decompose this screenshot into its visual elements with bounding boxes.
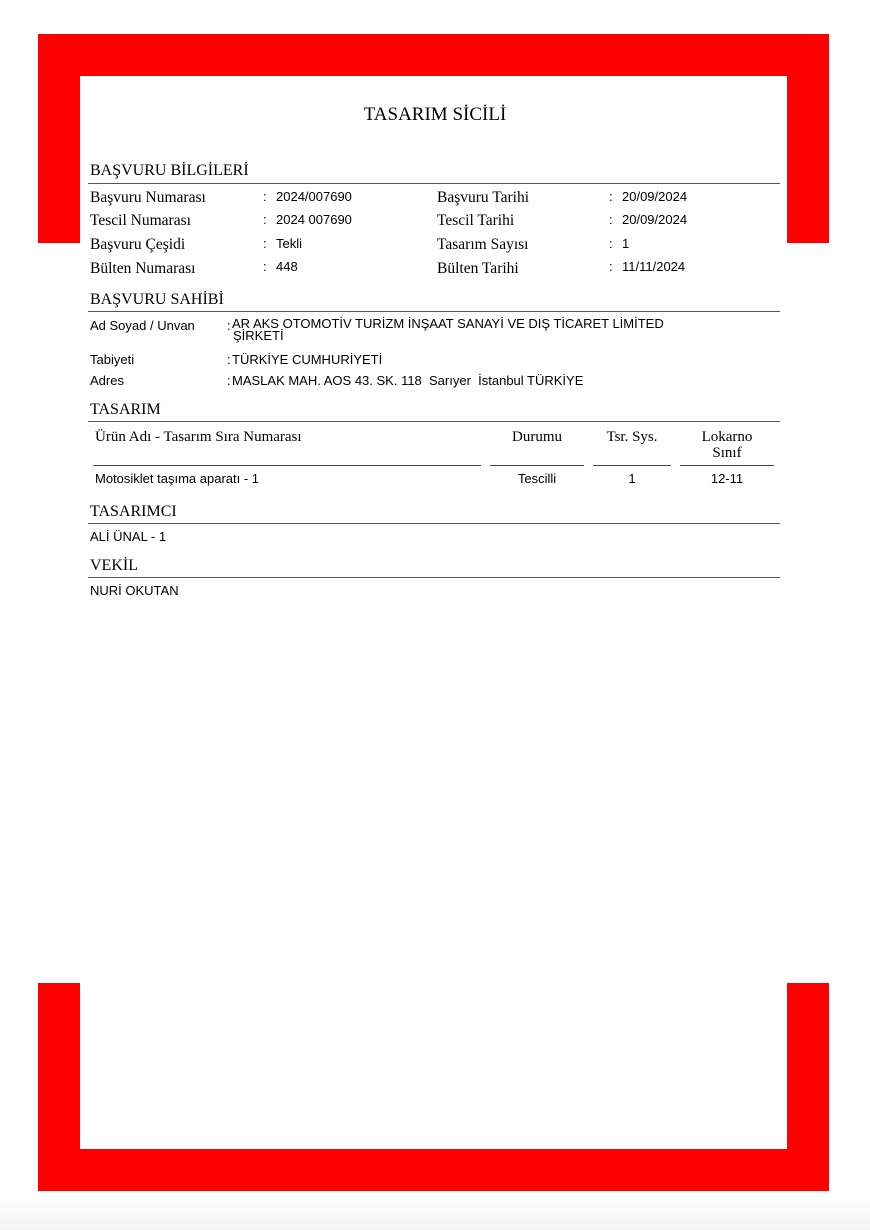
tasarimci-name: ALİ ÜNAL - 1 (90, 529, 166, 544)
lokarno-line-2: Sınıf (680, 445, 774, 461)
label-bulten-tarihi: Bülten Tarihi (437, 260, 519, 278)
frame-left-bottom-bar (38, 983, 80, 1191)
value-tescil-numarasi: 2024 007690 (276, 212, 352, 227)
section-heading-tasarimci: TASARIMCI (90, 503, 177, 521)
value-basvuru-tarihi: 20/09/2024 (622, 189, 687, 204)
separator: : (263, 259, 267, 274)
label-ad-soyad-unvan: Ad Soyad / Unvan (90, 318, 195, 333)
label-adres: Adres (90, 373, 124, 388)
document-title: TASARIM SİCİLİ (0, 104, 870, 126)
column-underline (593, 465, 671, 466)
frame-right-top-bar (787, 34, 829, 243)
value-tescil-tarihi: 20/09/2024 (622, 212, 687, 227)
label-tescil-numarasi: Tescil Numarası (90, 212, 191, 230)
value-bulten-tarihi: 11/11/2024 (622, 259, 685, 274)
section-rule (88, 183, 780, 184)
column-header-urun: Ürün Adı - Tasarım Sıra Numarası (95, 429, 302, 445)
column-underline (490, 465, 584, 466)
section-heading-vekil: VEKİL (90, 557, 138, 575)
value-ad-soyad-unvan: AR AKS OTOMOTİV TURİZM İNŞAAT SANAYİ VE … (232, 318, 664, 342)
label-basvuru-cesidi: Başvuru Çeşidi (90, 236, 185, 254)
value-bulten-numarasi: 448 (276, 259, 298, 274)
cell-urun: Motosiklet taşıma aparatı - 1 (95, 471, 259, 486)
section-heading-basvuru-bilgileri: BAŞVURU BİLGİLERİ (90, 162, 249, 180)
cell-tsr-sys: 1 (593, 471, 671, 486)
frame-left-top-bar (38, 34, 80, 243)
lokarno-line-1: Lokarno (680, 429, 774, 445)
column-underline (93, 465, 481, 466)
label-tasarim-sayisi: Tasarım Sayısı (437, 236, 528, 254)
cell-lokarno: 12-11 (680, 471, 774, 486)
separator: : (227, 318, 231, 333)
value-line-1: AR AKS OTOMOTİV TURİZM İNŞAAT SANAYİ VE … (232, 318, 664, 330)
value-basvuru-cesidi: Tekli (276, 236, 302, 251)
separator: : (609, 189, 613, 204)
frame-top-bar (38, 34, 829, 76)
section-heading-basvuru-sahibi: BAŞVURU SAHİBİ (90, 291, 224, 309)
column-header-durum: Durumu (490, 429, 584, 445)
separator: : (609, 212, 613, 227)
cell-durum: Tescilli (490, 471, 584, 486)
label-tabiyeti: Tabiyeti (90, 352, 134, 367)
value-basvuru-numarasi: 2024/007690 (276, 189, 352, 204)
separator: : (227, 352, 231, 367)
section-rule (88, 311, 780, 312)
section-heading-tasarim: TASARIM (90, 401, 161, 419)
label-bulten-numarasi: Bülten Numarası (90, 260, 195, 278)
separator: : (263, 212, 267, 227)
separator: : (263, 236, 267, 251)
separator: : (263, 189, 267, 204)
section-rule (88, 577, 780, 578)
frame-right-bottom-bar (787, 983, 829, 1191)
value-tasarim-sayisi: 1 (622, 236, 629, 251)
label-basvuru-tarihi: Başvuru Tarihi (437, 189, 529, 207)
frame-bottom-bar (38, 1149, 829, 1191)
column-header-lokarno: Lokarno Sınıf (680, 429, 774, 461)
value-tabiyeti: TÜRKİYE CUMHURİYETİ (232, 352, 382, 367)
separator: : (609, 236, 613, 251)
section-rule (88, 523, 780, 524)
column-underline (680, 465, 774, 466)
label-basvuru-numarasi: Başvuru Numarası (90, 189, 206, 207)
value-line-2: ŞİRKETİ (232, 330, 664, 342)
value-adres: MASLAK MAH. AOS 43. SK. 118 Sarıyer İsta… (232, 373, 583, 388)
column-header-tsr-sys: Tsr. Sys. (593, 429, 671, 445)
label-tescil-tarihi: Tescil Tarihi (437, 212, 514, 230)
separator: : (609, 259, 613, 274)
separator: : (227, 373, 231, 388)
section-rule (88, 421, 780, 422)
vekil-name: NURİ OKUTAN (90, 583, 179, 598)
